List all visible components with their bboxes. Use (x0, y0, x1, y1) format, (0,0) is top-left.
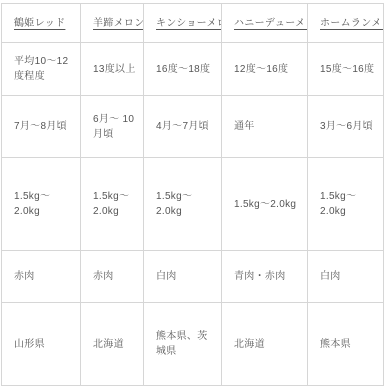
cell-season: 通年 (222, 96, 308, 158)
cell-region: 北海道 (81, 303, 144, 386)
table-row-weight: 1.5kg〜2.0kg 1.5kg〜2.0kg 1.5kg〜2.0kg 1.5k… (2, 158, 384, 251)
cell-season: 4月〜7月頃 (144, 96, 222, 158)
cell-weight: 1.5kg〜2.0kg (308, 158, 384, 251)
table-row-season: 7月〜8月頃 6月〜 10月頃 4月〜7月頃 通年 3月〜6月頃 (2, 96, 384, 158)
cell-weight: 1.5kg〜2.0kg (81, 158, 144, 251)
cell-weight: 1.5kg〜2.0kg (144, 158, 222, 251)
melon-comparison-table: 鶴姫レッド 羊蹄メロン キンショーメロン ハニーデューメロン ホームランメロン … (1, 3, 384, 386)
header-cell-kinsho-melon: キンショーメロン (144, 4, 222, 43)
cell-sugar-content: 15度〜16度 (308, 43, 384, 96)
header-cell-honeydew-melon: ハニーデューメロン (222, 4, 308, 43)
cell-season: 3月〜6月頃 (308, 96, 384, 158)
cell-region: 熊本県 (308, 303, 384, 386)
cell-flesh-color: 青肉・赤肉 (222, 251, 308, 303)
melon-name-link[interactable]: ハニーデューメロン (234, 18, 308, 29)
cell-region: 北海道 (222, 303, 308, 386)
cell-weight: 1.5kg〜2.0kg (222, 158, 308, 251)
table-header-row: 鶴姫レッド 羊蹄メロン キンショーメロン ハニーデューメロン ホームランメロン (2, 4, 384, 43)
cell-flesh-color: 白肉 (144, 251, 222, 303)
melon-name-link[interactable]: 羊蹄メロン (93, 18, 144, 29)
cell-sugar-content: 13度以上 (81, 43, 144, 96)
cell-region: 山形県 (2, 303, 81, 386)
header-cell-tsuruhime-red: 鶴姫レッド (2, 4, 81, 43)
cell-region: 熊本県、茨城県 (144, 303, 222, 386)
cell-sugar-content: 12度〜16度 (222, 43, 308, 96)
cell-flesh-color: 赤肉 (2, 251, 81, 303)
table-row-region: 山形県 北海道 熊本県、茨城県 北海道 熊本県 (2, 303, 384, 386)
header-cell-homerun-melon: ホームランメロン (308, 4, 384, 43)
header-cell-yotei-melon: 羊蹄メロン (81, 4, 144, 43)
cell-season: 6月〜 10月頃 (81, 96, 144, 158)
cell-weight: 1.5kg〜2.0kg (2, 158, 81, 251)
melon-name-link[interactable]: ホームランメロン (320, 18, 384, 29)
melon-name-link[interactable]: キンショーメロン (156, 18, 222, 29)
cell-sugar-content: 平均10〜12度程度 (2, 43, 81, 96)
cell-flesh-color: 赤肉 (81, 251, 144, 303)
cell-season: 7月〜8月頃 (2, 96, 81, 158)
table-row-flesh-color: 赤肉 赤肉 白肉 青肉・赤肉 白肉 (2, 251, 384, 303)
table-row-sugar-content: 平均10〜12度程度 13度以上 16度〜18度 12度〜16度 15度〜16度 (2, 43, 384, 96)
cell-flesh-color: 白肉 (308, 251, 384, 303)
cell-sugar-content: 16度〜18度 (144, 43, 222, 96)
melon-name-link[interactable]: 鶴姫レッド (14, 18, 65, 29)
